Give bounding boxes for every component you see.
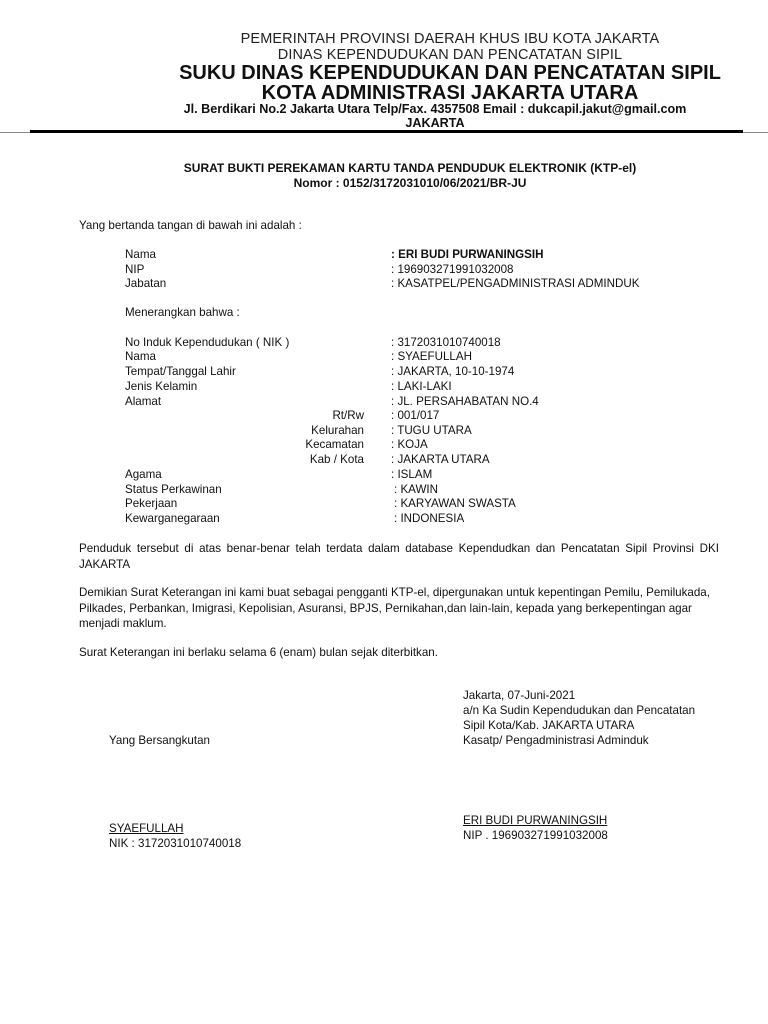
signer-row-name: Nama : ERI BUDI PURWANINGSIH [0, 248, 768, 263]
field-value: : 3172031010740018 [391, 336, 501, 349]
field-label: Nama [125, 248, 156, 261]
paragraph-validity: Surat Keterangan ini berlaku selama 6 (e… [79, 645, 719, 661]
signer-nip: NIP . 196903271991032008 [463, 829, 608, 842]
signature-caption-resident: Yang Bersangkutan [109, 734, 210, 747]
letterhead-government: PEMERINTAH PROVINSI DAERAH KHUS IBU KOTA… [150, 31, 750, 47]
field-label: Jabatan [125, 277, 166, 290]
letterhead-address: Jl. Berdikari No.2 Jakarta Utara Telp/Fa… [150, 102, 720, 116]
signer-row-position: Jabatan : KASATPEL/PENGADMINISTRASI ADMI… [0, 277, 768, 292]
signature-on-behalf-1: a/n Ka Sudin Kependudukan dan Pencatatan [463, 704, 695, 717]
field-label: Alamat [125, 395, 161, 408]
field-label: Agama [125, 468, 162, 481]
document-title: SURAT BUKTI PEREKAMAN KARTU TANDA PENDUD… [150, 161, 670, 175]
document-number: Nomor : 0152/3172031010/06/2021/BR-JU [150, 176, 670, 190]
field-value: : 196903271991032008 [391, 263, 514, 276]
field-label: Jenis Kelamin [125, 380, 197, 393]
signer-intro: Yang bertanda tangan di bawah ini adalah… [79, 219, 302, 232]
field-label: Kewarganegaraan [125, 512, 220, 525]
resident-row-kecamatan: Kecamatan : KOJA [0, 438, 768, 453]
resident-row-kabkota: Kab / Kota : JAKARTA UTARA [0, 453, 768, 468]
resident-nik: NIK : 3172031010740018 [109, 837, 241, 850]
field-value: : TUGU UTARA [391, 424, 472, 437]
field-label: Nama [125, 350, 156, 363]
field-value: : INDONESIA [394, 512, 464, 525]
field-value: : SYAEFULLAH [391, 350, 472, 363]
field-value: : KASATPEL/PENGADMINISTRASI ADMINDUK [391, 277, 639, 290]
resident-row-kelurahan: Kelurahan : TUGU UTARA [0, 424, 768, 439]
statement-intro: Menerangkan bahwa : [125, 306, 240, 319]
signature-position: Kasatp/ Pengadministrasi Adminduk [463, 734, 649, 747]
signer-name-underlined: ERI BUDI PURWANINGSIH [463, 814, 607, 827]
field-label: Rt/Rw [332, 409, 364, 422]
field-value: : KARYAWAN SWASTA [394, 497, 516, 510]
letterhead-department: DINAS KEPENDUDUKAN DAN PENCATATAN SIPIL [150, 47, 750, 63]
resident-name-underlined: SYAEFULLAH [109, 822, 184, 835]
letterhead-divider-thick [30, 130, 743, 133]
field-label: Pekerjaan [125, 497, 177, 510]
resident-row-marital: Status Perkawinan : KAWIN [0, 483, 768, 498]
resident-row-rtrw: Rt/Rw : 001/017 [0, 409, 768, 424]
field-label: Status Perkawinan [125, 483, 222, 496]
field-label: No Induk Kependudukan ( NIK ) [125, 336, 289, 349]
field-label: Kab / Kota [310, 453, 364, 466]
resident-row-nik: No Induk Kependudukan ( NIK ) : 31720310… [0, 336, 768, 351]
resident-row-religion: Agama : ISLAM [0, 468, 768, 483]
field-value: : ERI BUDI PURWANINGSIH [391, 248, 543, 261]
signer-row-nip: NIP : 196903271991032008 [0, 263, 768, 278]
resident-row-gender: Jenis Kelamin : LAKI-LAKI [0, 380, 768, 395]
field-value: : JAKARTA UTARA [391, 453, 490, 466]
signature-on-behalf-2: Sipil Kota/Kab. JAKARTA UTARA [463, 719, 634, 732]
resident-row-address: Alamat : JL. PERSAHABATAN NO.4 [0, 395, 768, 410]
field-value: : 001/017 [391, 409, 439, 422]
field-value: : JL. PERSAHABATAN NO.4 [391, 395, 539, 408]
field-value: : KOJA [391, 438, 428, 451]
resident-row-occupation: Pekerjaan : KARYAWAN SWASTA [0, 497, 768, 512]
letterhead-city: JAKARTA [150, 116, 720, 130]
resident-row-citizenship: Kewarganegaraan : INDONESIA [0, 512, 768, 527]
field-label: Kecamatan [305, 438, 364, 451]
paragraph-registered: Penduduk tersebut di atas benar-benar te… [79, 541, 719, 572]
resident-row-name: Nama : SYAEFULLAH [0, 350, 768, 365]
field-label: NIP [125, 263, 144, 276]
field-value: : ISLAM [391, 468, 432, 481]
field-label: Tempat/Tanggal Lahir [125, 365, 236, 378]
field-value: : LAKI-LAKI [391, 380, 452, 393]
field-label: Kelurahan [311, 424, 364, 437]
field-value: : KAWIN [394, 483, 438, 496]
field-value: : JAKARTA, 10-10-1974 [391, 365, 514, 378]
paragraph-purpose: Demikian Surat Keterangan ini kami buat … [79, 585, 721, 632]
resident-row-birth: Tempat/Tanggal Lahir : JAKARTA, 10-10-19… [0, 365, 768, 380]
signature-place-date: Jakarta, 07-Juni-2021 [463, 689, 575, 702]
